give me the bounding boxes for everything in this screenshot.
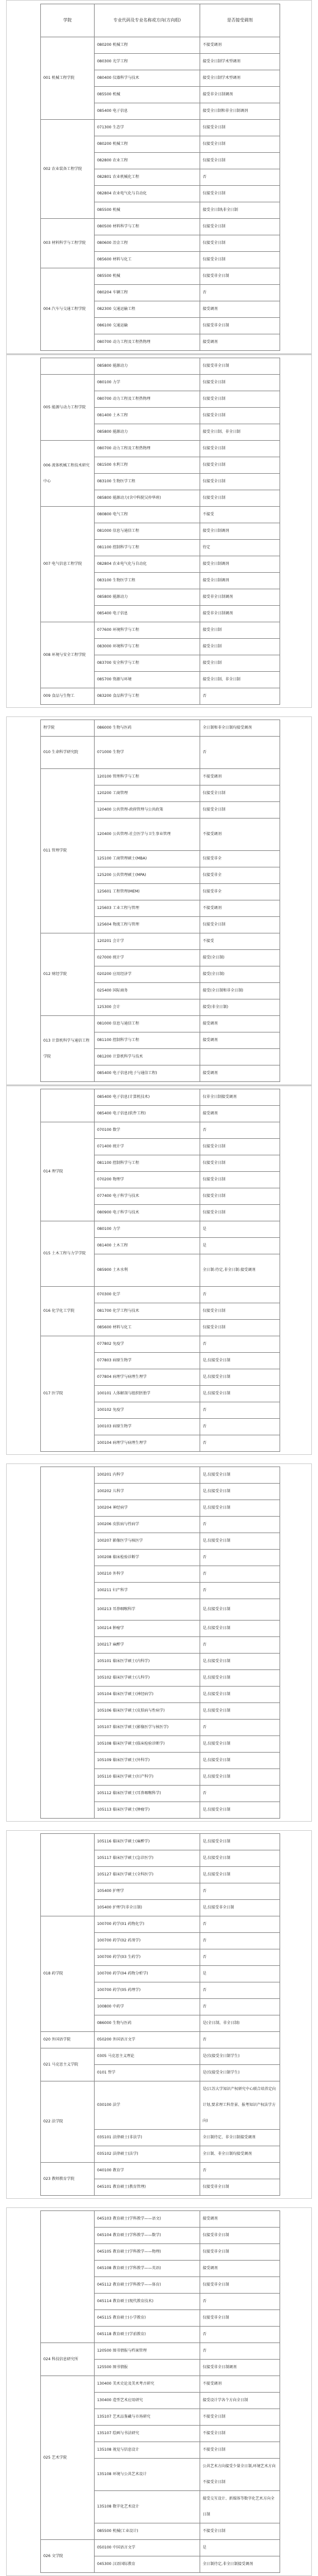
major-cell: 081400 土木工程 — [95, 1238, 200, 1254]
adjust-status-cell: 不接受调剂 — [200, 769, 280, 786]
major-cell: 080700 动力工程及工程热物理 — [95, 334, 200, 351]
adjust-status-cell: 接受调剂 — [200, 1065, 280, 1082]
major-cell: 045114 教育硕士(现代教育技术) — [95, 2294, 200, 2310]
adjust-status-cell: 否 — [200, 1786, 280, 1802]
major-cell: 100207 影像医学与核医学 — [95, 1533, 200, 1550]
adjust-status-cell: 否 — [200, 1982, 280, 1999]
major-cell: 082300 交通运输工程 — [95, 301, 200, 318]
major-cell: 083200 食品科学与工程 — [95, 688, 200, 705]
table-row: 105116 临床医学硕士(麻醉学)是,仅接受全日制 — [41, 1834, 280, 1850]
adjust-status-cell: 仅接受非全日制调剂 — [200, 2360, 280, 2376]
college-cell: 020 外国语学院 — [41, 2032, 95, 2048]
adjust-status-cell: 全日制、非全日制均接受调剂 — [200, 2146, 280, 2163]
adjust-status-cell: 仅接受非全 — [200, 851, 280, 867]
adjust-status-cell: 接受(全日制) — [200, 966, 280, 983]
college-cell: 002 农业装备工程学院 — [41, 120, 95, 219]
adjust-status-cell: 仅接受全日制 — [200, 490, 280, 507]
major-cell: 035102 法律硕士(法学) — [95, 2146, 200, 2163]
major-cell: 030100 法学 — [95, 2081, 200, 2130]
table-row: 025 艺术学院130400 美术史论及美术考古研究不接受调剂 — [41, 2376, 280, 2393]
adjust-status-cell: 否 — [200, 1517, 280, 1533]
table-row: 程学院086000 生物与医药全日制和非全日制均接受调剂 — [41, 720, 280, 737]
adjust-status-cell: 仅非全日制接受调剂 — [200, 1089, 280, 1106]
major-cell: 080700 动力工程及工程热物理 — [95, 391, 200, 408]
major-cell: 125603 工业工程与管理 — [95, 900, 200, 917]
adjust-status-cell: 否 — [200, 1583, 280, 1599]
major-cell: 100800 中药学 — [95, 1999, 200, 2015]
major-cell: 071400 统计学 — [95, 1139, 200, 1155]
college-cell — [41, 358, 95, 375]
adjust-status-cell: 否 — [200, 1999, 280, 2015]
major-cell: 083100 生物医学工程 — [95, 474, 200, 490]
major-cell: 085800 能源动力 — [95, 424, 200, 441]
adjust-status-cell: 否 — [200, 1883, 280, 1900]
major-cell: 100206 皮肤病与性病学 — [95, 1517, 200, 1533]
adjust-status-cell: 不接受调剂 — [200, 37, 280, 54]
adjust-status-cell: 仅接受非全日制 — [200, 2228, 280, 2244]
college-cell: 004 汽车与交通工程学院 — [41, 268, 95, 351]
adjust-status-cell: 是,仅接受全日制 — [200, 1867, 280, 1883]
major-cell: 085800 能源动力 — [95, 358, 200, 375]
major-cell: 085400 电子信息 — [95, 606, 200, 622]
adjustment-table: 085400 电子信息(计算机技术)仅非全日制接受调剂085400 电子信息(软… — [40, 1089, 280, 1452]
adjust-status-cell: 是 — [200, 1966, 280, 1982]
table-row: 045103 教育硕士(学科教学——语文)接受调剂 — [41, 2211, 280, 2228]
adjust-status-cell: 是(仅接受全日制学生) — [200, 2065, 280, 2081]
major-cell: 085500 机械 — [95, 87, 200, 103]
table-row: 020 外国语学院050200 外国语言文学否 — [41, 2032, 280, 2048]
major-cell: 100101 人体解剖与组织胚胎学 — [95, 1386, 200, 1402]
table-row: 002 农业装备工程学院071300 生态学仅接受全日制 — [41, 120, 280, 136]
adjust-status-cell: 接受全日制、非全日制 — [200, 672, 280, 688]
major-cell: 077400 电子科学与技术 — [95, 1188, 200, 1205]
college-cell: 010 生命科学研究院 — [41, 737, 95, 769]
adjust-status-cell: 是,仅接受全日制 — [200, 1703, 280, 1720]
adjustment-table: 085800 能源动力仅接受非全日制005 能源与动力工程学院080100 力学… — [40, 358, 280, 705]
major-cell: 080100 力学 — [95, 375, 200, 391]
college-cell: 026 文学院 — [41, 2540, 95, 2573]
major-cell: 105127 临床医学硕士(全科医学) — [95, 1867, 200, 1883]
major-cell: 083100 生物医学工程 — [95, 573, 200, 589]
major-cell: 120500 图书情报与档案管理 — [95, 2343, 200, 2360]
adjust-status-cell: 仅接受全日制 — [200, 1205, 280, 1221]
adjust-status-cell: 是,仅接受全日制 — [200, 1533, 280, 1550]
major-cell: 081100 控制科学与工程 — [95, 1032, 200, 1049]
adjust-status-cell: 接受全日制和非全日制调剂 — [200, 103, 280, 120]
table-row: 085400 电子信息(计算机技术)仅非全日制接受调剂 — [41, 1089, 280, 1106]
major-cell: 045105 教育硕士(学科教学——物理) — [95, 2244, 200, 2261]
major-cell: 070100 数学 — [95, 1122, 200, 1139]
adjust-status-cell: 接受全日制 — [200, 639, 280, 655]
table-row: 014 理学院070100 数学否 — [41, 1122, 280, 1139]
document-page-1: 学院专业代码及专业名称或方向(方向组)是否接受调剂001 机械工程学院08020… — [6, 0, 312, 354]
table-row: 007 电气信息工程学院080800 电气工程不接受 — [41, 507, 280, 523]
major-cell: 080900 电子科学与技术 — [95, 1205, 200, 1221]
major-cell: 105113 临床医学硕士(肿瘤学) — [95, 1802, 200, 1819]
major-cell: 081100 控制科学与工程 — [95, 1155, 200, 1172]
admission-adjustment-document: 学院专业代码及专业名称或方向(方向组)是否接受调剂001 机械工程学院08020… — [0, 0, 318, 2576]
major-cell: 120200 工商管理 — [95, 786, 200, 802]
major-cell: 080300 光学工程 — [95, 54, 200, 70]
major-cell: 100700 药学(04 药物分析学) — [95, 1966, 200, 1982]
adjust-status-cell: 不接受调剂 — [200, 819, 280, 851]
adjust-status-cell: 接受全日制学术型调剂 — [200, 70, 280, 87]
table-row: 017 医学院077802 免疫学否 — [41, 1336, 280, 1353]
major-cell: 070300 化学 — [95, 1287, 200, 1303]
adjust-status-cell: 仅接受全日制 — [200, 441, 280, 457]
major-cell: 045118 教育硕士(学前教育) — [95, 2327, 200, 2343]
major-cell: 080200 机械工程 — [95, 37, 200, 54]
college-cell — [41, 1467, 95, 1819]
adjust-status-cell: 仅接受全日制 — [200, 786, 280, 802]
major-cell: 120400 公共管理-政府管理与公共政策 — [95, 802, 200, 819]
adjust-status-cell: 仅接受全日制 — [200, 235, 280, 252]
adjust-status-cell: 否 — [200, 1720, 280, 1736]
adjust-status-cell: 接受设计学各个方向全日制 — [200, 2393, 280, 2409]
college-cell: 001 机械工程学院 — [41, 37, 95, 120]
adjust-status-cell: 仅接受全日制 — [200, 457, 280, 474]
adjust-status-cell: 否 — [200, 688, 280, 705]
table-row: 001 机械工程学院080200 机械工程不接受调剂 — [41, 37, 280, 54]
adjust-status-cell: 否 — [200, 2327, 280, 2343]
major-cell: 086000 生物与医药 — [95, 2015, 200, 2032]
major-cell: 105107 临床医学硕士(影像医学与核医学) — [95, 1720, 200, 1736]
document-page-6: 105116 临床医学硕士(麻醉学)是,仅接受全日制105117 临床医学硕士(… — [6, 1830, 312, 2199]
major-cell: 105117 临床医学硕士(急诊医学) — [95, 1850, 200, 1867]
adjust-status-cell: 接受全日制\非全日制 — [200, 202, 280, 219]
major-cell: 045101 教育硕士(教育管理) — [95, 2179, 200, 2196]
adjust-status-cell: 不接受 — [200, 507, 280, 523]
adjust-status-cell: 是,仅接受全日制 — [200, 1850, 280, 1867]
major-cell: 081700 化学工程与技术 — [95, 1303, 200, 1320]
table-row: 003 材料科学与工程学院080500 材料科学与工程仅接受全日制 — [41, 219, 280, 235]
adjust-status-cell: 是,仅接受全日制 — [200, 1670, 280, 1687]
adjust-status-cell: 否 — [200, 1933, 280, 1949]
major-cell: 082800 农业工程 — [95, 153, 200, 169]
major-cell: 050100 中国语言文学 — [95, 2540, 200, 2556]
adjust-status-cell: 仅接受非全 — [200, 867, 280, 884]
adjust-status-cell: 仅接受全日制 — [200, 391, 280, 408]
major-cell: 100700 药学(05 药理学) — [95, 1982, 200, 1999]
major-cell: 100210 外科学 — [95, 1566, 200, 1583]
adjust-status-cell: 仅接受非全日制 — [200, 2179, 280, 2196]
document-page-4: 085400 电子信息(计算机技术)仅非全日制接受调剂085400 电子信息(软… — [6, 1085, 312, 1455]
adjust-status-cell: 接受全日制调剂 — [200, 556, 280, 573]
table-row: 004 汽车与交通工程学院085500 机械仅接受非全日制 — [41, 268, 280, 285]
major-cell: 081000 信息与通信工程 — [95, 1016, 200, 1032]
adjustment-table: 045103 教育硕士(学科教学——语文)接受调剂045104 教育硕士(学科教… — [40, 2210, 280, 2573]
adjust-status-cell: 是(仅接受全日制学生) — [200, 2048, 280, 2065]
college-cell: 015 土木工程与力学学院 — [41, 1221, 95, 1287]
adjust-status-cell: 是,仅接受全日制 — [200, 1769, 280, 1786]
adjust-status-cell: 否 — [200, 737, 280, 769]
college-cell: 012 财经学院 — [41, 933, 95, 1016]
adjust-status-cell: 不接受全日制 — [200, 2409, 280, 2426]
major-cell: 105400 护理学(非全日制) — [95, 1900, 200, 1916]
adjust-status-cell: 仅接受全日制 — [200, 917, 280, 933]
adjust-status-cell: 仅接受全日制 — [200, 1320, 280, 1336]
major-cell: 085800 能源动力(含中科院吴仲华班) — [95, 490, 200, 507]
adjust-status-cell: 是,仅接受全日制 — [200, 1654, 280, 1670]
major-cell: 081100 控制科学与工程 — [95, 540, 200, 556]
major-cell: 080400 仪器科学与技术 — [95, 70, 200, 87]
adjust-status-cell: 仅接受全日制 — [200, 474, 280, 490]
major-cell: 100202 儿科学 — [95, 1484, 200, 1500]
adjust-status-cell: 不接受全日制 — [200, 2442, 280, 2459]
adjust-status-cell: 接受调剂 — [200, 301, 280, 318]
major-cell: 020200 应用经济学 — [95, 966, 200, 983]
table-row: 010 生命科学研究院071000 生物学否 — [41, 737, 280, 769]
college-cell: 005 能源与动力工程学院 — [41, 375, 95, 441]
major-cell: 105108 临床医学硕士(临床检验诊断学) — [95, 1736, 200, 1753]
adjust-status-cell: 不接受调剂 — [200, 2376, 280, 2393]
college-cell: 013 计算机科学与通信工程学院 — [41, 1016, 95, 1082]
adjust-status-cell: 接受全日制 — [200, 655, 280, 672]
major-cell: 085500 机械 — [95, 268, 200, 285]
college-cell — [41, 1834, 95, 1916]
major-cell: 077804 病理学与病理生理学 — [95, 1369, 200, 1386]
adjust-status-cell: 是,仅接受全日制 — [200, 1467, 280, 1484]
major-cell: 105104 临床医学硕士(神经病学) — [95, 1687, 200, 1703]
major-cell: 082804 农业电气化与自动化 — [95, 186, 200, 202]
major-cell: 100204 神经病学 — [95, 1500, 200, 1517]
major-cell: 125300 会计 — [95, 999, 200, 1016]
adjust-status-cell: 全日制:待定,非全日制:接受调剂 — [200, 1254, 280, 1287]
college-cell: 025 艺术学院 — [41, 2376, 95, 2540]
major-cell: 080600 冶金工程 — [95, 235, 200, 252]
adjust-status-cell: 仅接受全日制 — [200, 408, 280, 424]
adjust-status-cell: 接受(全日制和非全日制) — [200, 983, 280, 999]
major-cell: 035101 法律硕士(非法学) — [95, 2130, 200, 2146]
college-cell: 016 化学化工学院 — [41, 1287, 95, 1336]
major-cell: 125500 图书情报 — [95, 2360, 200, 2376]
major-cell: 085900 土木水利 — [95, 1254, 200, 1287]
table-row: 085800 能源动力仅接受非全日制 — [41, 358, 280, 375]
adjust-status-cell: 是,仅接受全日制 — [200, 1500, 280, 1517]
adjust-status-cell: 接受交互设计、新媒体等数字化艺术方向全日制 — [200, 2491, 280, 2523]
college-cell: 程学院 — [41, 720, 95, 737]
adjust-status-cell: 接受调剂 — [200, 1032, 280, 1049]
major-cell: 125100 工商管理硕士(MBA) — [95, 851, 200, 867]
major-cell: 100201 内科学 — [95, 1467, 200, 1484]
college-cell: 023 教师教育学院 — [41, 2163, 95, 2196]
major-cell: 120201 会计学 — [95, 933, 200, 950]
major-cell: 077802 免疫学 — [95, 1336, 200, 1353]
adjust-status-cell: 仅接受全日制 — [200, 186, 280, 202]
major-cell: 025400 国际商务 — [95, 983, 200, 999]
major-cell: 082804 农业电气化与自动化 — [95, 556, 200, 573]
table-row: 012 财经学院120201 会计学不接受 — [41, 933, 280, 950]
adjust-status-cell: 仅接受全日制 — [200, 375, 280, 391]
adjust-status-cell: 不接受调剂 — [200, 900, 280, 917]
major-cell: 045112 教育硕士(学科教学——体育) — [95, 2277, 200, 2294]
major-cell: 040100 教育学 — [95, 2163, 200, 2179]
adjust-status-cell: 仅接受全日制 — [200, 1303, 280, 1320]
adjust-status-cell: 仅接受全日制 — [200, 153, 280, 169]
adjust-status-cell: 仅接受全日制 — [200, 136, 280, 153]
adjust-status-cell: 是,仅接受全日制 — [200, 1834, 280, 1850]
major-cell: 081200 计算机科学与技术 — [95, 1049, 200, 1065]
adjust-status-cell: 公共艺术方向接受少量全日制,环境艺术方向不接受全日制 — [200, 2459, 280, 2491]
adjust-status-cell: 仅接受全日制 — [200, 1155, 280, 1172]
major-cell: 105102 临床医学硕士(儿科学) — [95, 1670, 200, 1687]
document-page-7: 045103 教育硕士(学科教学——语文)接受调剂045104 教育硕士(学科教… — [6, 2207, 312, 2576]
major-cell: 045300 汉语国际教育 — [95, 2556, 200, 2573]
adjust-status-cell: 是,仅接受非全日制 — [200, 1900, 280, 1916]
major-cell: 081400 土木工程 — [95, 408, 200, 424]
adjust-status-cell: 全日制待定,非全日制接受调剂 — [200, 2556, 280, 2573]
major-cell: 080500 材料科学与工程 — [95, 219, 200, 235]
major-cell: 135108 视觉与信息设计 — [95, 2442, 200, 2459]
major-cell: 105112 临床医学硕士(耳鼻咽喉科学) — [95, 1786, 200, 1802]
adjust-status-cell: 接受(全日制) — [200, 950, 280, 966]
adjust-status-cell: 否 — [200, 1435, 280, 1452]
adjust-status-cell: 否 — [200, 2294, 280, 2310]
major-cell: 085600 材料与化工 — [95, 1320, 200, 1336]
document-page-3: 程学院086000 生物与医药全日制和非全日制均接受调剂010 生命科学研究院0… — [6, 716, 312, 1085]
major-cell: 100102 免疫学 — [95, 1402, 200, 1419]
major-cell: 0305 马克思主义理论 — [95, 2048, 200, 2065]
adjust-status-cell: 接受调剂 — [200, 334, 280, 351]
adjust-status-cell: 仅接受全日制 — [200, 219, 280, 235]
adjust-status-cell: 仅接受全日制 — [200, 1188, 280, 1205]
major-cell: 105400 护理学 — [95, 1883, 200, 1900]
major-cell: 081000 信息与通信工程 — [95, 523, 200, 540]
adjust-status-cell: 仅接受非全日制 — [200, 2277, 280, 2294]
adjust-status-cell: 仅接受全日制 — [200, 252, 280, 268]
adjust-status-cell: 仅接受全日制 — [200, 1139, 280, 1155]
major-cell: 085600 材料与化工 — [95, 252, 200, 268]
college-cell: 018 药学院 — [41, 1916, 95, 2032]
adjust-status-cell: 是,仅接受全日制 — [200, 1369, 280, 1386]
college-cell: 011 管理学院 — [41, 769, 95, 933]
college-cell: 017 医学院 — [41, 1336, 95, 1452]
major-cell: 100700 药学(02 药剂学) — [95, 1933, 200, 1949]
major-cell: 027000 统计学 — [95, 950, 200, 966]
major-cell: 100217 麻醉学 — [95, 1637, 200, 1654]
adjust-status-cell: 否 — [200, 1916, 280, 1933]
adjust-status-cell: 是,仅接受全日制 — [200, 1353, 280, 1369]
major-cell: 105101 临床医学硕士(内科学) — [95, 1654, 200, 1670]
major-cell: 100700 药学(03 生药学) — [95, 1949, 200, 1966]
college-cell: 022 法学院 — [41, 2081, 95, 2163]
major-cell: 125200 公共管理硕士(MPA) — [95, 867, 200, 884]
major-cell: 105106 临床医学硕士(皮肤病与性病学) — [95, 1703, 200, 1720]
major-cell: 100214 肿瘤学 — [95, 1621, 200, 1637]
table-row: 009 食品与生物工083200 食品科学与工程否 — [41, 688, 280, 705]
adjust-status-cell: 否 — [200, 169, 280, 186]
major-cell: 071300 生态学 — [95, 120, 200, 136]
major-cell: 135107 绘画与书法研究 — [95, 2426, 200, 2442]
adjust-status-cell: 否 — [200, 1550, 280, 1566]
major-cell: 045104 教育硕士(学科教学——数学) — [95, 2228, 200, 2244]
adjust-status-cell: 否 — [200, 285, 280, 301]
adjust-status-cell: 不接受全日制 — [200, 2426, 280, 2442]
adjustment-table: 105116 临床医学硕士(麻醉学)是,仅接受全日制105117 临床医学硕士(… — [40, 1833, 280, 2196]
adjust-status-cell: 仅接受非全日制 — [200, 2244, 280, 2261]
major-cell: 080700 动力工程及工程热物理 — [95, 441, 200, 457]
major-cell: 125601 工程管理(MEM) — [95, 884, 200, 900]
adjust-status-cell: 是 — [200, 1238, 280, 1254]
adjust-status-cell: 是,仅接受全日制 — [200, 1736, 280, 1753]
major-cell: 085400 电子信息(电子与通信工程) — [95, 1065, 200, 1082]
major-cell: 083000 环境科学与工程 — [95, 639, 200, 655]
adjust-status-cell: 接受非全日制调剂 — [200, 589, 280, 606]
major-cell: 135108 环境与公共艺术设计 — [95, 2459, 200, 2491]
major-cell: 077803 病原生物学 — [95, 1353, 200, 1369]
adjust-status-cell: 仅接受全日制 — [200, 120, 280, 136]
table-row: 023 教师教育学院040100 教育学否 — [41, 2163, 280, 2179]
adjust-status-cell: 否 — [200, 1122, 280, 1139]
college-column-header: 学院 — [41, 4, 95, 37]
major-cell: 080800 电气工程 — [95, 507, 200, 523]
adjust-status-cell: 是,仅接受全日制 — [200, 1753, 280, 1769]
adjust-status-cell: 接受全日制 — [200, 622, 280, 639]
table-row: 011 管理学院120100 管理科学与工程不接受调剂 — [41, 769, 280, 786]
adjust-status-cell: 接受调剂 — [200, 1106, 280, 1122]
adjust-status-cell: 是(江苏大学知识产权研究中心联合培养定向计划,要求理工科背景、报考知识产权法学方… — [200, 2081, 280, 2130]
adjust-status-cell: 待定 — [200, 540, 280, 556]
major-cell: 120400 公共管理-社会医学与卫生事业管理 — [95, 819, 200, 851]
major-cell: 080204 车辆工程 — [95, 285, 200, 301]
adjust-status-cell: 接受调剂 — [200, 2261, 280, 2277]
adjust-status-cell: 接受全日制、非全日制 — [200, 424, 280, 441]
major-cell: 082801 农业机械化工程 — [95, 169, 200, 186]
adjust-status-cell: 仅接受全日制 — [200, 1172, 280, 1188]
adjust-column-header: 是否接受调剂 — [200, 4, 280, 37]
college-cell — [41, 2211, 95, 2343]
adjust-status-cell: 否 — [200, 1287, 280, 1303]
adjust-status-cell: 不接受 — [200, 933, 280, 950]
major-cell: 085700 资源与环境 — [95, 672, 200, 688]
college-cell: 009 食品与生物工 — [41, 688, 95, 705]
adjustment-table: 学院专业代码及专业名称或方向(方向组)是否接受调剂001 机械工程学院08020… — [40, 4, 280, 351]
adjust-status-cell: 接受调剂 — [200, 2211, 280, 2228]
adjust-status-cell: 接受全日制调剂 — [200, 573, 280, 589]
adjust-status-cell: 仅接受非全日制 — [200, 358, 280, 375]
adjust-status-cell: 是,仅接受全日制 — [200, 1802, 280, 1819]
table-row: 022 法学院030100 法学是(江苏大学知识产权研究中心联合培养定向计划,要… — [41, 2081, 280, 2130]
major-cell: 071000 生物学 — [95, 737, 200, 769]
adjust-status-cell: 接受调剂 — [200, 1016, 280, 1032]
college-cell: 006 流体机械工程技术研究中心 — [41, 441, 95, 507]
major-cell: 085400 电子信息(软件工程) — [95, 1106, 200, 1122]
major-cell: 083700 安全科学与工程 — [95, 655, 200, 672]
table-row: 013 计算机科学与通信工程学院081000 信息与通信工程接受调剂 — [41, 1016, 280, 1032]
adjust-status-cell: 否 — [200, 2343, 280, 2360]
major-cell: 135107 艺术品鉴藏与市场研究 — [95, 2409, 200, 2426]
major-cell: 086100 交通运输 — [95, 318, 200, 334]
adjust-status-cell: 是,仅接受全日制 — [200, 1484, 280, 1500]
adjust-status-cell: 接受(非全日制) — [200, 999, 280, 1016]
college-cell: 014 理学院 — [41, 1122, 95, 1221]
table-row: 018 药学院100700 药学(01 药物化学)否 — [41, 1916, 280, 1933]
major-cell: 100211 妇产科学 — [95, 1583, 200, 1599]
major-cell: 105109 临床医学硕士(外科学) — [95, 1753, 200, 1769]
adjust-status-cell: 否 — [200, 1402, 280, 1419]
major-cell: 100213 耳鼻咽喉科学 — [95, 1599, 200, 1621]
adjust-status-cell: 否 — [200, 2032, 280, 2048]
major-cell: 125604 物流工程与管理 — [95, 917, 200, 933]
adjust-status-cell: 否 — [200, 1566, 280, 1583]
adjust-status-cell: 否 — [200, 1336, 280, 1353]
major-cell: 135108 数字化艺术设计 — [95, 2491, 200, 2523]
major-cell: 100103 病原生物学 — [95, 1419, 200, 1435]
adjust-status-cell: 是 — [200, 1221, 280, 1238]
major-cell: 130400 造型艺术应用研究 — [95, 2393, 200, 2409]
table-row: 021 马克思主义学院0305 马克思主义理论是(仅接受全日制学生) — [41, 2048, 280, 2065]
adjust-status-cell: 全日制和非全日制均接受调剂 — [200, 720, 280, 737]
